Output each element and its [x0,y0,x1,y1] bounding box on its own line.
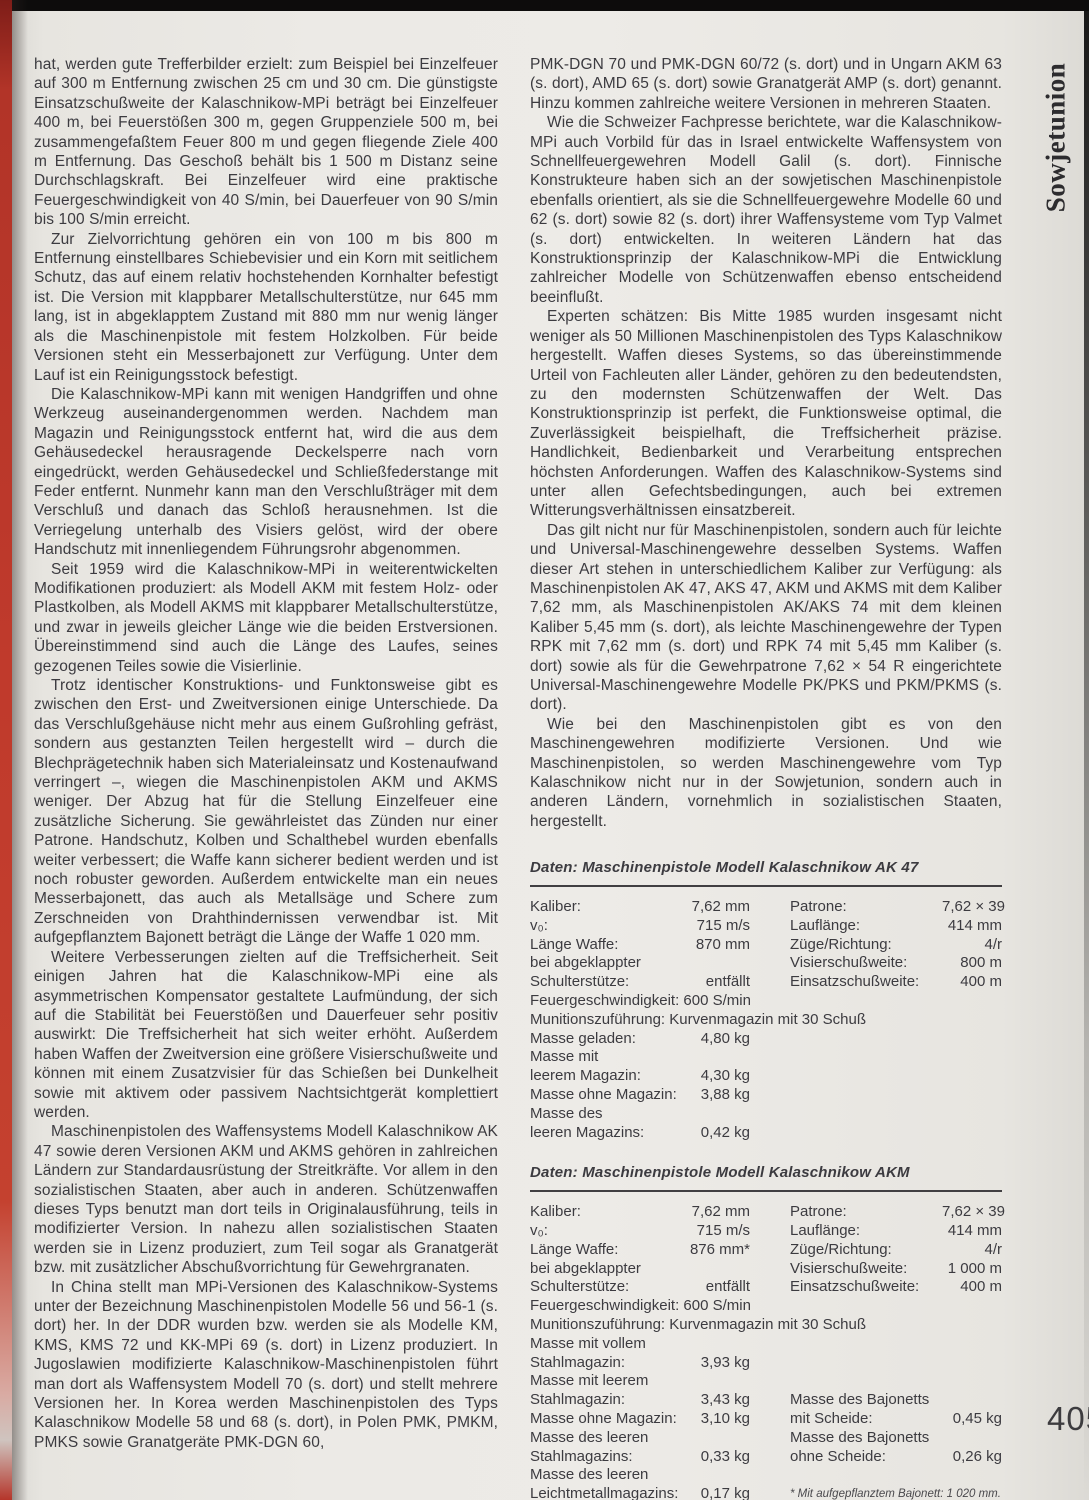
table-row: Schulterstütze: entfällt Einsatzschußwei… [530,973,1002,992]
paragraph: Das gilt nicht nur für Maschinenpistolen… [530,521,1002,715]
spec-label: Patrone: [790,1203,942,1222]
spec-label: bei abgeklappter [530,954,680,973]
table-row: Munitionszuführung: Kurvenmagazin mit 30… [530,1316,1002,1335]
paragraph: PMK-DGN 70 und PMK-DGN 60/72 (s. dort) u… [530,55,1002,113]
spec-label: Lauflänge: [790,1222,942,1241]
spec-label: Masse des Bajonetts [790,1429,942,1448]
spec-value: 4/r [942,936,1002,955]
paragraph: Maschinenpistolen des Waffensystems Mode… [34,1122,498,1277]
table-row: Kaliber: 7,62 mm Patrone: 7,62 × 39 [530,1203,1002,1222]
spec-label [790,1354,942,1373]
spec-label: Patrone: [790,898,942,917]
table-row: bei abgeklappter Visierschußweite: 1 000… [530,1260,1002,1279]
spine-shadow [12,0,28,1500]
table-footnote: * Mit aufgepflanztem Bajonett: 1 020 mm. [790,1485,1002,1500]
spec-value [680,1466,750,1485]
spec-value: 870 mm [680,936,750,955]
table-row: Masse ohne Magazin: 3,10 kg mit Scheide:… [530,1410,1002,1429]
spec-label [790,1372,942,1391]
paragraph: Trotz identischer Konstruktions- und Fun… [34,676,498,948]
spec-value [680,1048,750,1067]
spec-value: 800 m [942,954,1002,973]
spec-value: 3,10 kg [680,1410,750,1429]
spec-label: Masse des leeren [530,1429,680,1448]
table-row: Schulterstütze: entfällt Einsatzschußwei… [530,1278,1002,1297]
spec-value: 876 mm* [680,1241,750,1260]
spec-label: Stahlmagazins: [530,1448,680,1467]
spec-value: 7,62 × 39 [942,898,1005,917]
spec-label: mit Scheide: [790,1410,942,1429]
table-row: Kaliber: 7,62 mm Patrone: 7,62 × 39 [530,898,1002,917]
spec-label: Züge/Richtung: [790,1241,942,1260]
spec-value: 414 mm [942,917,1002,936]
spec-value: 3,88 kg [680,1086,750,1105]
table-row: Masse des [530,1105,1002,1124]
page-number: 405 [1047,1400,1089,1438]
spec-label: Kaliber: [530,898,680,917]
spec-value [680,1260,750,1279]
spec-value [942,1429,1002,1448]
paragraph: Seit 1959 wird die Kalaschnikow-MPi in w… [34,560,498,676]
spec-value: 7,62 × 39 [942,1203,1005,1222]
chapter-side-tab: Sowjetunion [1041,58,1072,218]
red-spine-stripe [0,0,12,1500]
table-row: Masse ohne Magazin: 3,88 kg [530,1086,1002,1105]
table-row: Masse mit vollem [530,1335,1002,1354]
table-row: Stahlmagazin: 3,43 kg Masse des Bajonett… [530,1391,1002,1410]
paragraph: Die Kalaschnikow-MPi kann mit wenigen Ha… [34,385,498,560]
table-row: Länge Waffe: 870 mm Züge/Richtung: 4/r [530,936,1002,955]
spec-value: entfällt [680,973,750,992]
spec-value [680,1429,750,1448]
spec-label: Visierschußweite: [790,954,942,973]
spec-value [680,1105,750,1124]
spec-label: Stahlmagazin: [530,1391,680,1410]
spec-label: Länge Waffe: [530,936,680,955]
spec-label: v₀: [530,1222,680,1241]
spec-label: Masse des leeren [530,1466,680,1485]
table-row: Masse mit [530,1048,1002,1067]
table-rule [530,885,1002,887]
spec-value: 4,30 kg [680,1067,750,1086]
spec-value: 4/r [942,1241,1002,1260]
spec-label: Masse mit leerem [530,1372,680,1391]
table-row: Masse des leeren [530,1466,1002,1485]
table-row: Masse mit leerem [530,1372,1002,1391]
spec-value: 400 m [942,973,1002,992]
table-ak47-title: Daten: Maschinenpistole Modell Kalaschni… [530,859,1002,878]
table-row: v₀: 715 m/s Lauflänge: 414 mm [530,1222,1002,1241]
table-row: Länge Waffe: 876 mm* Züge/Richtung: 4/r [530,1241,1002,1260]
spec-label: Einsatzschußweite: [790,973,942,992]
table-ak47: Daten: Maschinenpistole Modell Kalaschni… [530,859,1002,1142]
paragraph: Wie bei den Maschinenpistolen gibt es vo… [530,715,1002,831]
right-column: PMK-DGN 70 und PMK-DGN 60/72 (s. dort) u… [530,55,1002,1500]
table-row: Feuergeschwindigkeit: 600 S/min [530,1297,1002,1316]
table-row: bei abgeklappter Visierschußweite: 800 m [530,954,1002,973]
spec-label: v₀: [530,917,680,936]
spec-label: bei abgeklappter [530,1260,680,1279]
spec-label: Leichtmetallmagazins: [530,1485,680,1500]
table-row: Stahlmagazins: 0,33 kg ohne Scheide: 0,2… [530,1448,1002,1467]
spec-value: 414 mm [942,1222,1002,1241]
spec-value: 7,62 mm [680,1203,750,1222]
spec-value: 0,33 kg [680,1448,750,1467]
table-row: leerem Magazin: 4,30 kg [530,1067,1002,1086]
spec-label: Länge Waffe: [530,1241,680,1260]
table-akm-title: Daten: Maschinenpistole Modell Kalaschni… [530,1164,1002,1183]
spec-label: Einsatzschußweite: [790,1278,942,1297]
spec-value: 1 000 m [942,1260,1002,1279]
spec-label: ohne Scheide: [790,1448,942,1467]
spec-label: Schulterstütze: [530,1278,680,1297]
spec-value [942,1372,1002,1391]
spec-label: Masse mit [530,1048,680,1067]
spec-label: Masse des Bajonetts [790,1391,942,1410]
spec-value: 0,17 kg [680,1485,750,1500]
page-content: hat, werden gute Trefferbilder erzielt: … [34,55,1002,1500]
paragraph: Weitere Verbesserungen zielten auf die T… [34,948,498,1123]
spec-label [790,1335,942,1354]
spec-value: entfällt [680,1278,750,1297]
paragraph: In China stellt man MPi-Versionen des Ka… [34,1278,498,1453]
table-row: Stahlmagazin: 3,93 kg [530,1354,1002,1373]
spec-label: Masse mit vollem [530,1335,680,1354]
spec-label: Züge/Richtung: [790,936,942,955]
spec-value [680,954,750,973]
table-row: leeren Magazins: 0,42 kg [530,1124,1002,1143]
spec-value: 0,26 kg [942,1448,1002,1467]
spec-label: Masse ohne Magazin: [530,1410,680,1429]
paragraph: hat, werden gute Trefferbilder erzielt: … [34,55,498,230]
spec-value [942,1335,1002,1354]
spec-label: Masse des [530,1105,680,1124]
spec-value [942,1354,1002,1373]
spec-value: 715 m/s [680,917,750,936]
table-row: Munitionszuführung: Kurvenmagazin mit 30… [530,1011,1002,1030]
page-right-edge [1084,0,1089,1500]
table-row: Masse geladen: 4,80 kg [530,1030,1002,1049]
spec-value: 0,42 kg [680,1124,750,1143]
paragraph: Wie die Schweizer Fachpresse berichtete,… [530,113,1002,307]
spec-value: 4,80 kg [680,1030,750,1049]
paragraph: Experten schätzen: Bis Mitte 1985 wurden… [530,307,1002,520]
spec-value: 7,62 mm [680,898,750,917]
spec-label: Kaliber: [530,1203,680,1222]
spec-label: Schulterstütze: [530,973,680,992]
spec-label: Lauflänge: [790,917,942,936]
spec-label: Visierschußweite: [790,1260,942,1279]
paragraph: Zur Zielvorrichtung gehören ein von 100 … [34,230,498,385]
spec-value: 400 m [942,1278,1002,1297]
spec-label: Masse ohne Magazin: [530,1086,680,1105]
spec-value: 715 m/s [680,1222,750,1241]
spec-value: 3,43 kg [680,1391,750,1410]
table-row: v₀: 715 m/s Lauflänge: 414 mm [530,917,1002,936]
table-row: Leichtmetallmagazins: 0,17 kg * Mit aufg… [530,1485,1002,1500]
left-column: hat, werden gute Trefferbilder erzielt: … [34,55,498,1500]
spec-label: leerem Magazin: [530,1067,680,1086]
table-row: Masse des leeren Masse des Bajonetts [530,1429,1002,1448]
spec-value: 3,93 kg [680,1354,750,1373]
spec-label: leeren Magazins: [530,1124,680,1143]
spec-label: Stahlmagazin: [530,1354,680,1373]
top-edge [0,0,1089,11]
table-row: Feuergeschwindigkeit: 600 S/min [530,992,1002,1011]
spec-value [680,1372,750,1391]
table-akm: Daten: Maschinenpistole Modell Kalaschni… [530,1164,1002,1500]
spec-label: Masse geladen: [530,1030,680,1049]
book-page-scan: hat, werden gute Trefferbilder erzielt: … [0,0,1089,1500]
table-rule [530,1190,1002,1192]
spec-value: 0,45 kg [942,1410,1002,1429]
spec-value [680,1335,750,1354]
spec-value [942,1391,1002,1410]
